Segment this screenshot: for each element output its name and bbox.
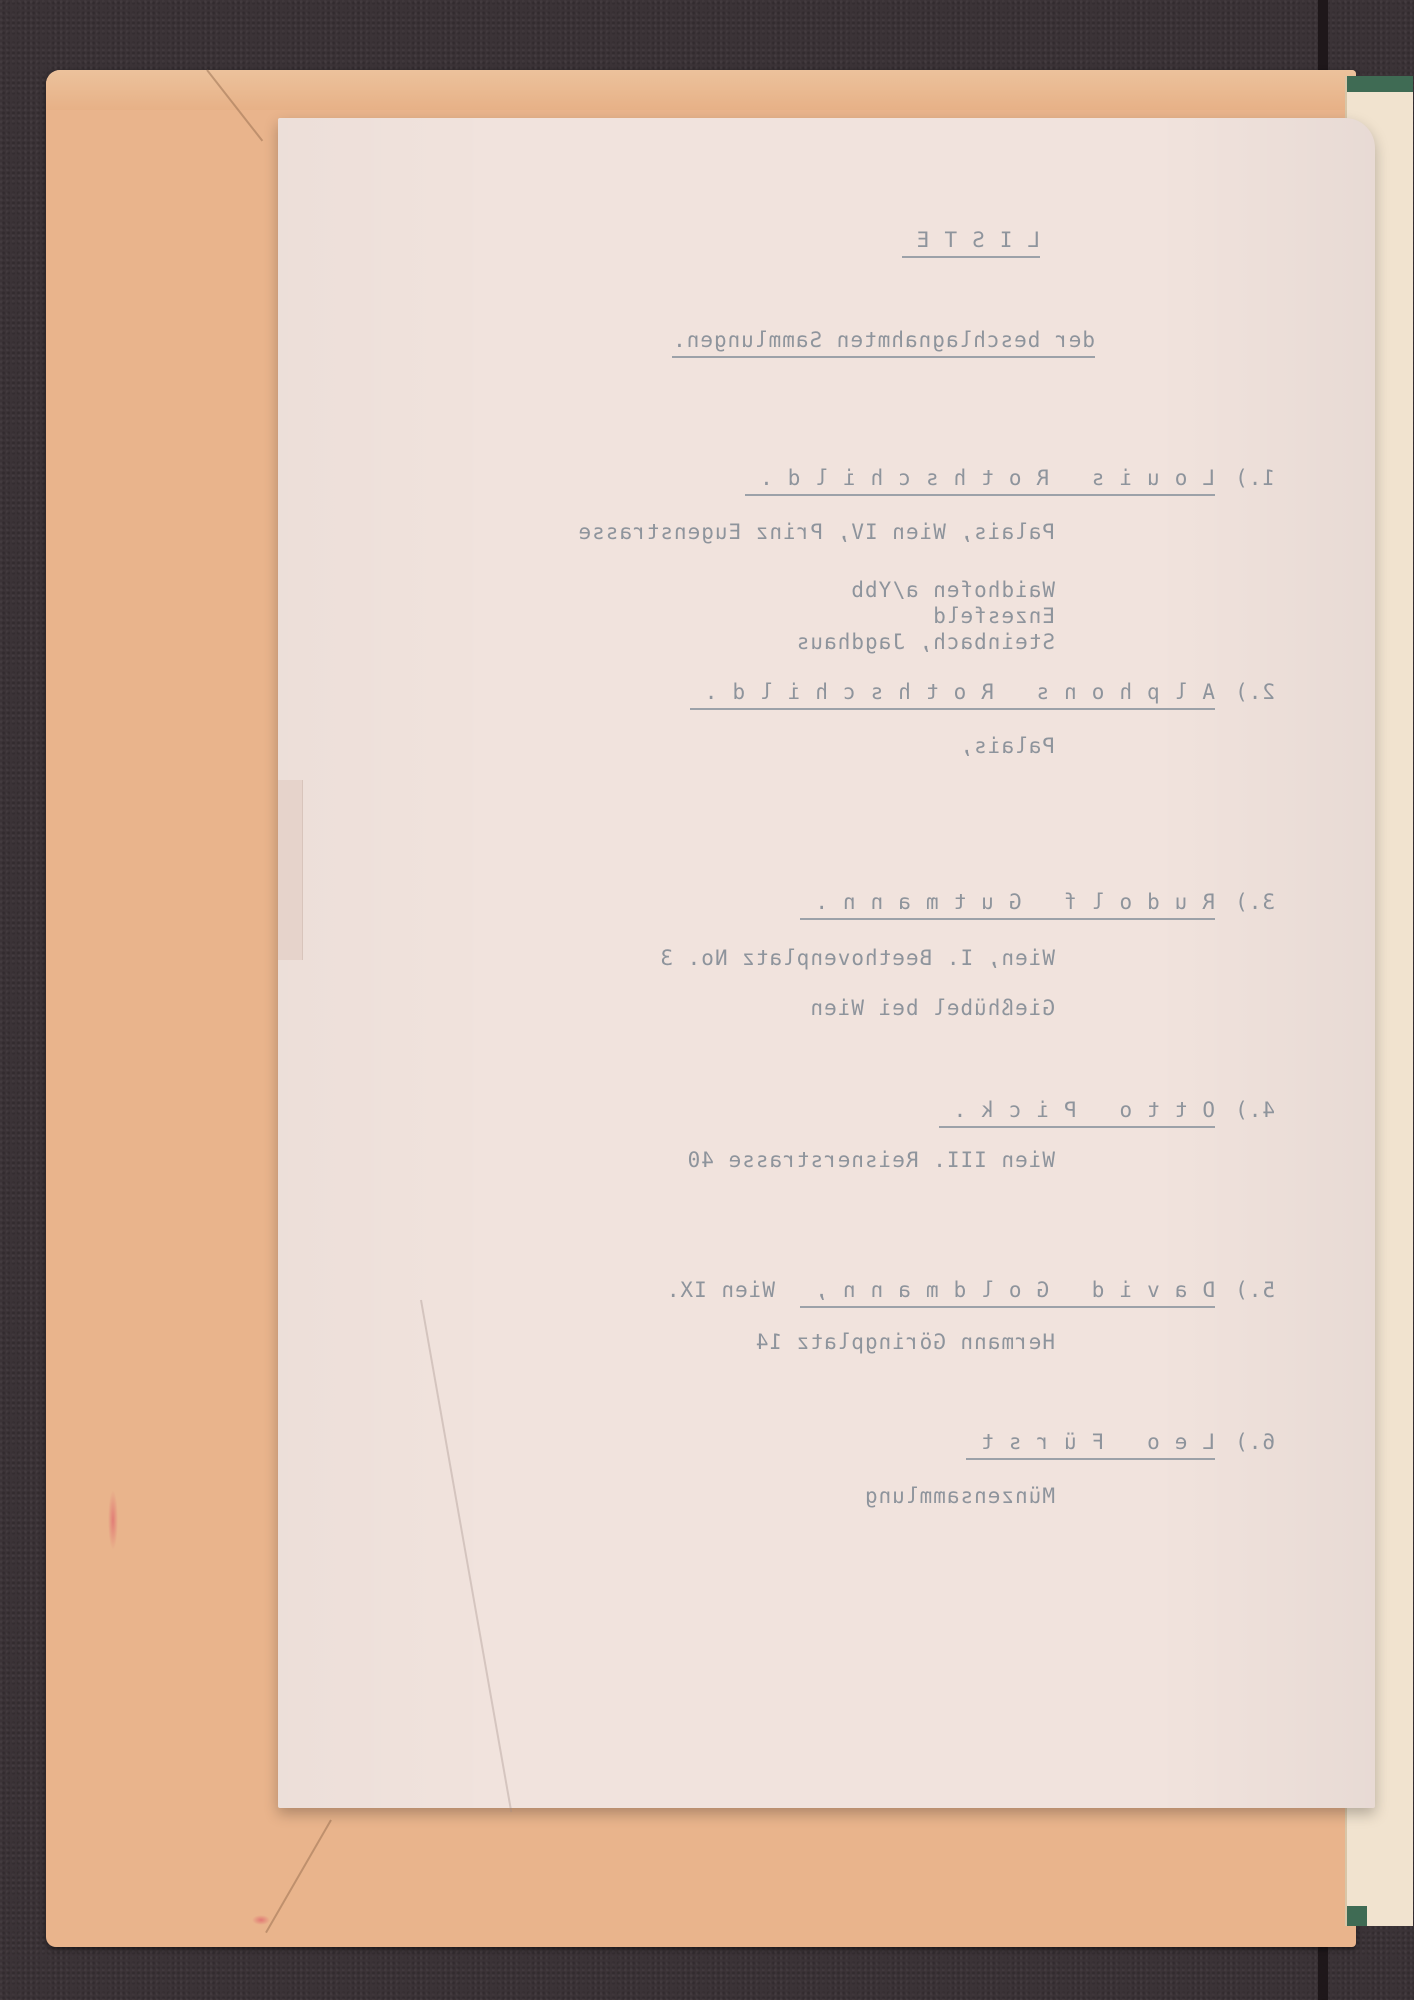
green-binding-band — [1347, 76, 1413, 92]
entry-city: Wien IX. — [666, 1278, 775, 1302]
entry-address: Palais, — [959, 734, 1055, 758]
entry-number: 3.) — [1234, 890, 1275, 914]
entry-name: Louis Rothschild. — [745, 466, 1215, 496]
document-subtitle: der beschlagnahmten Sammlungen. — [672, 328, 1095, 358]
folder-top-flap — [46, 70, 1356, 110]
red-ink-mark — [252, 1915, 270, 1925]
entry-address: Wien III. Reisnerstrasse 40 — [687, 1148, 1055, 1172]
entry-address: Waidhofen a/Ybb — [850, 578, 1055, 602]
entry-number: 2.) — [1234, 680, 1275, 704]
entry-address: Gießhübel bei Wien — [809, 996, 1055, 1020]
entry-address: Enzesfeld — [932, 604, 1055, 628]
entry-number: 1.) — [1234, 466, 1275, 490]
entry-address: Wien, I. Beethovenplatz No. 3 — [659, 946, 1055, 970]
entry-number: 4.) — [1234, 1098, 1275, 1122]
entry-name: Leo Fürst — [966, 1430, 1215, 1460]
entry-address: Hermann Göringplatz 14 — [755, 1330, 1055, 1354]
entry-name: Alphons Rothschild. — [690, 680, 1215, 710]
mirrored-typed-text: LISTE der beschlagnahmten Sammlungen. 1.… — [278, 118, 1375, 1808]
entry-note: Münzensammlung — [864, 1484, 1055, 1508]
entry-name: Rudolf Gutmann. — [800, 890, 1215, 920]
document-title: LISTE — [902, 228, 1040, 258]
entry-address: Palais, Wien IV, Prinz Eugenstrasse — [577, 520, 1055, 544]
entry-number: 5.) — [1234, 1278, 1275, 1302]
green-binding-band — [1347, 1906, 1367, 1926]
red-ink-mark — [108, 1490, 118, 1550]
entry-name: Otto Pick. — [939, 1098, 1215, 1128]
entry-address: Steinbach, Jagdhaus — [796, 630, 1055, 654]
entry-number: 6.) — [1234, 1430, 1275, 1454]
entry-name: David Goldmann, — [800, 1278, 1215, 1308]
